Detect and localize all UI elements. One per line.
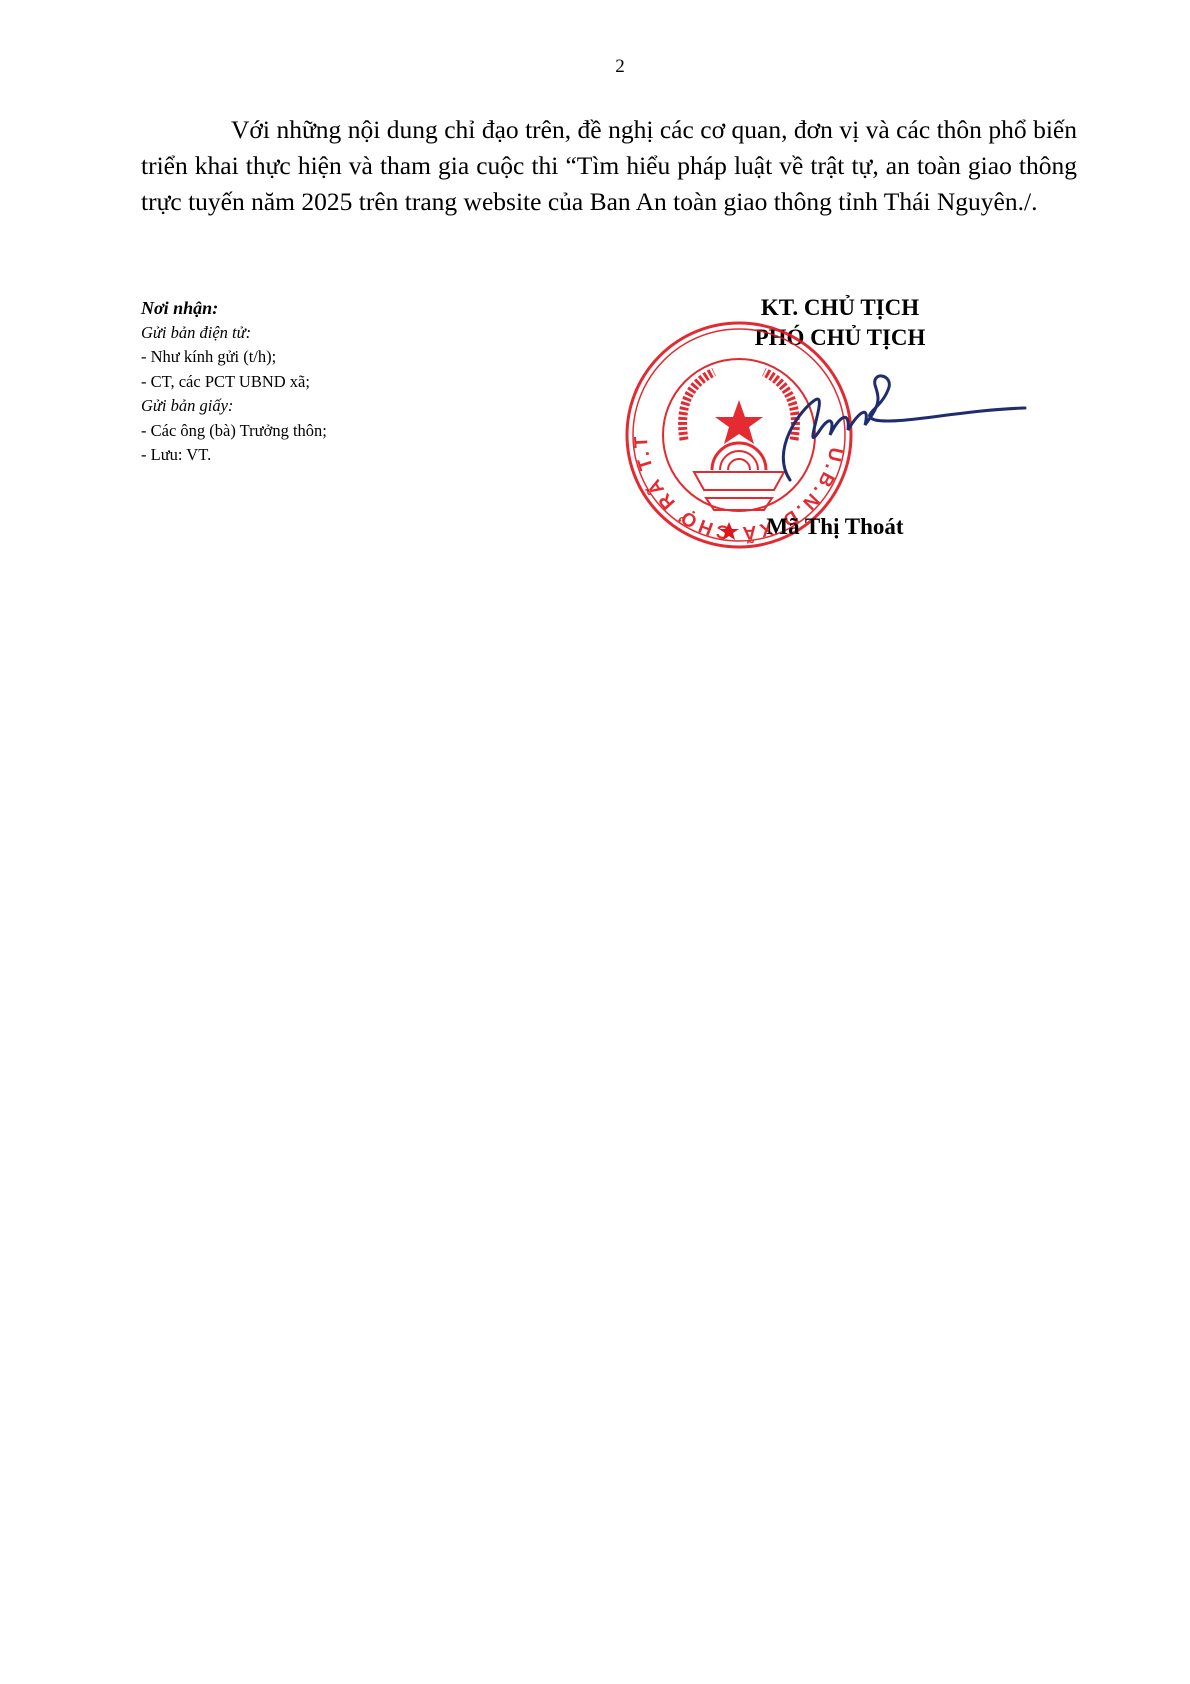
signature-title-line1: KT. CHỦ TỊCH xyxy=(680,293,1000,323)
recipients-group-electronic: Gửi bản điện tử: xyxy=(141,321,501,346)
paragraph-text: Với những nội dung chỉ đạo trên, đề nghị… xyxy=(141,112,1077,220)
page-number: 2 xyxy=(0,56,1190,78)
recipient-item: - Như kính gửi (t/h); xyxy=(141,345,501,370)
recipient-item: - Lưu: VT. xyxy=(141,443,501,468)
recipients-group-paper: Gửi bản giấy: xyxy=(141,394,501,419)
recipient-item: - CT, các PCT UBND xã; xyxy=(141,370,501,395)
recipients-block: Nơi nhận: Gửi bản điện tử: - Như kính gử… xyxy=(141,296,501,468)
recipient-item: - Các ông (bà) Trưởng thôn; xyxy=(141,419,501,444)
closing-paragraph: Với những nội dung chỉ đạo trên, đề nghị… xyxy=(141,112,1077,220)
signer-name: Mã Thị Thoát xyxy=(680,514,990,540)
recipients-heading: Nơi nhận: xyxy=(141,296,501,321)
handwritten-signature-icon xyxy=(760,370,1030,490)
